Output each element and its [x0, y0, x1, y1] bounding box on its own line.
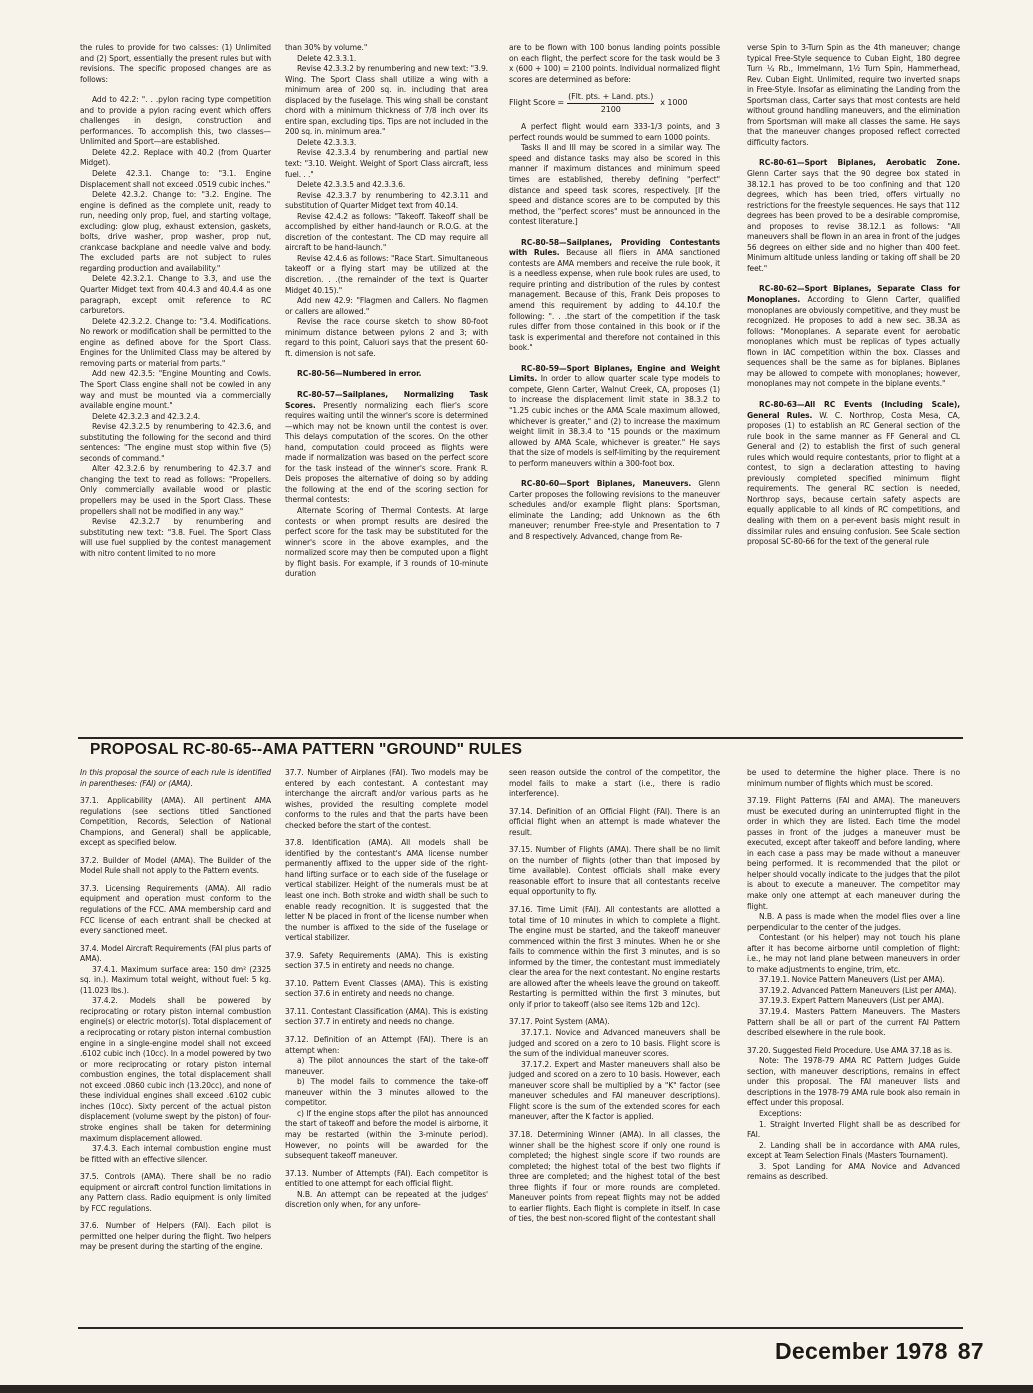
paragraph-text: 3. Spot Landing for AMA Novice and Advan… — [747, 1162, 960, 1182]
paragraph-text: 37.5. Controls (AMA). There shall be no … — [80, 1172, 271, 1213]
proposal-column-4: be used to determine the higher place. T… — [747, 768, 960, 1183]
paragraph: Delete 42.3.3.1. — [285, 54, 488, 65]
top-column-3-body: A perfect flight would earn 333-1/3 poin… — [509, 122, 720, 542]
paragraph-text: 37.18. Determining Winner (AMA). In all … — [509, 1130, 720, 1223]
paragraph: 37.15. Number of Flights (AMA). There sh… — [509, 845, 720, 898]
paragraph-text: According to Glenn Carter, qualified mon… — [747, 295, 960, 388]
top-column-3: are to be flown with 100 bonus landing p… — [509, 43, 720, 543]
paragraph: 37.17.1. Novice and Advanced maneuvers s… — [509, 1028, 720, 1060]
proposal-paragraph: RC-80-61—Sport Biplanes, Aerobatic Zone.… — [747, 158, 960, 274]
paragraph-text: 37.19. Flight Patterns (FAI and AMA). Th… — [747, 796, 960, 910]
paragraph-text: 1. Straight Inverted Flight shall be as … — [747, 1120, 960, 1140]
paragraph-text: 37.17. Point System (AMA). — [509, 1017, 610, 1026]
paragraph-text: Exceptions: — [759, 1109, 802, 1118]
paragraph: Revise 42.3.2.7 by renumbering and subst… — [80, 517, 271, 559]
proposal-headline: PROPOSAL RC-80-65--AMA PATTERN "GROUND" … — [90, 741, 522, 759]
paragraph-text: 37.19.1. Novice Pattern Maneuvers (List … — [759, 975, 945, 984]
paragraph: 37.6. Number of Helpers (FAI). Each pilo… — [80, 1221, 271, 1253]
flight-score-formula: Flight Score = (Flt. pts. + Land. pts.) … — [509, 92, 720, 115]
paragraph: 37.12. Definition of an Attempt (FAI). T… — [285, 1035, 488, 1056]
paragraph-text: 37.20. Suggested Field Procedure. Use AM… — [747, 1046, 952, 1055]
top-column-1: the rules to provide for two calsses: (1… — [80, 43, 271, 559]
paragraph: 37.19. Flight Patterns (FAI and AMA). Th… — [747, 796, 960, 912]
scan-edge — [0, 1385, 1033, 1393]
paragraph-text: 37.2. Builder of Model (AMA). The Builde… — [80, 856, 271, 876]
paragraph-text: Note: The 1978-79 AMA RC Pattern Judges … — [747, 1056, 960, 1107]
paragraph: Delete 42.3.2.2. Change to: "3.4. Modifi… — [80, 317, 271, 370]
proposal-column-2: 37.7. Number of Airplanes (FAI). Two mod… — [285, 768, 488, 1211]
paragraph-text: 37.6. Number of Helpers (FAI). Each pilo… — [80, 1221, 271, 1251]
paragraph: Revise 42.3.2.5 by renumbering to 42.3.6… — [80, 422, 271, 464]
paragraph-text: 37.10. Pattern Event Classes (AMA). This… — [285, 979, 488, 999]
paragraph-text: Delete 42.3.2.3 and 42.3.2.4. — [92, 412, 200, 421]
paragraph-text: 37.19.3. Expert Pattern Maneuvers (List … — [759, 996, 944, 1005]
paragraph-text: 37.1. Applicability (AMA). All pertinent… — [80, 796, 271, 847]
paragraph: Delete 42.3.2.3 and 42.3.2.4. — [80, 412, 271, 423]
paragraph: 37.19.4. Masters Pattern Maneuvers. The … — [747, 1007, 960, 1039]
paragraph: 37.13. Number of Attempts (FAI). Each co… — [285, 1169, 488, 1190]
proposal-column-3: seen reason outside the control of the c… — [509, 768, 720, 1225]
paragraph: In this proposal the source of each rule… — [80, 768, 271, 789]
paragraph: 3. Spot Landing for AMA Novice and Advan… — [747, 1162, 960, 1183]
paragraph: 37.4.2. Models shall be powered by recip… — [80, 996, 271, 1144]
paragraph-text: Add new 42.3.5: "Engine Mounting and Cow… — [80, 369, 271, 410]
paragraph-text: 37.19.2. Advanced Pattern Maneuvers (Lis… — [759, 986, 956, 995]
paragraph: 37.19.1. Novice Pattern Maneuvers (List … — [747, 975, 960, 986]
paragraph-text: Revise 42.4.2 as follows: "Takeoff. Take… — [285, 212, 488, 253]
paragraph-text: 37.7. Number of Airplanes (FAI). Two mod… — [285, 768, 488, 830]
paragraph-text: Presently normalizing each flier's score… — [285, 401, 488, 505]
paragraph: Revise 42.3.3.7 by renumbering to 42.3.1… — [285, 191, 488, 212]
paragraph: be used to determine the higher place. T… — [747, 768, 960, 789]
proposal-paragraph: RC-80-59—Sport Biplanes, Engine and Weig… — [509, 364, 720, 469]
paragraph: 37.3. Licensing Requirements (AMA). All … — [80, 884, 271, 937]
paragraph: Revise 42.3.3.2 by renumbering and new t… — [285, 64, 488, 138]
paragraph: Delete 42.3.3.3. — [285, 138, 488, 149]
paragraph: 37.10. Pattern Event Classes (AMA). This… — [285, 979, 488, 1000]
proposal-paragraph: RC-80-63—All RC Events (Including Scale)… — [747, 400, 960, 548]
paragraph: 37.2. Builder of Model (AMA). The Builde… — [80, 856, 271, 877]
paragraph-text: 37.3. Licensing Requirements (AMA). All … — [80, 884, 271, 935]
paragraph-text: Revise 42.3.3.4 by renumbering and parti… — [285, 148, 488, 178]
paragraph-text: Delete 42.3.2. Change to: "3.2. Engine. … — [80, 190, 271, 273]
paragraph: Add new 42.3.5: "Engine Mounting and Cow… — [80, 369, 271, 411]
paragraph: 37.1. Applicability (AMA). All pertinent… — [80, 796, 271, 849]
paragraph: Add new 42.9: "Flagmen and Callers. No f… — [285, 296, 488, 317]
formula-multiplier: x 1000 — [660, 98, 687, 109]
page-number: 87 — [958, 1338, 984, 1364]
paragraph-text: 37.4.2. Models shall be powered by recip… — [80, 996, 271, 1142]
paragraph-text: In order to allow quarter scale type mod… — [509, 374, 720, 467]
paragraph-text: Tasks II and III may be scored in a simi… — [509, 143, 720, 226]
paragraph-text: W. C. Northrop, Costa Mesa, CA, proposes… — [747, 411, 960, 547]
paragraph-text: the rules to provide for two calsses: (1… — [80, 43, 271, 84]
paragraph: Revise the race course sketch to show 80… — [285, 317, 488, 359]
proposal-title: RC-80-60—Sport Biplanes, Maneuvers. — [521, 479, 691, 488]
paragraph-text: Glenn Carter proposes the following revi… — [509, 479, 720, 541]
top-column-4: verse Spin to 3-Turn Spin as the 4th man… — [747, 43, 960, 548]
paragraph: verse Spin to 3-Turn Spin as the 4th man… — [747, 43, 960, 148]
paragraph-text: Alter 42.3.2.6 by renumbering to 42.3.7 … — [80, 464, 271, 515]
paragraph-text: Revise 42.3.2.5 by renumbering to 42.3.6… — [80, 422, 271, 463]
paragraph: Alternate Scoring of Thermal Contests. A… — [285, 506, 488, 580]
paragraph-text: 37.11. Contestant Classification (AMA). … — [285, 1007, 488, 1027]
paragraph: 2. Landing shall be in accordance with A… — [747, 1141, 960, 1162]
proposal-column-1: In this proposal the source of each rule… — [80, 768, 271, 1253]
formula-fraction: (Flt. pts. + Land. pts.) 2100 — [567, 92, 654, 115]
paragraph-text: 37.17.2. Expert and Master maneuvers sha… — [509, 1060, 720, 1122]
paragraph-text: Revise 42.3.3.2 by renumbering and new t… — [285, 64, 488, 136]
proposal-paragraph: RC-80-60—Sport Biplanes, Maneuvers. Glen… — [509, 479, 720, 542]
paragraph: Delete 42.3.2. Change to: "3.2. Engine. … — [80, 190, 271, 274]
paragraph-text: verse Spin to 3-Turn Spin as the 4th man… — [747, 43, 960, 147]
formula-numerator: (Flt. pts. + Land. pts.) — [567, 92, 654, 104]
paragraph: 37.14. Definition of an Official Flight … — [509, 807, 720, 839]
paragraph-text: 37.17.1. Novice and Advanced maneuvers s… — [509, 1028, 720, 1058]
proposal-paragraph: RC-80-62—Sport Biplanes, Separate Class … — [747, 284, 960, 389]
top-column-3-intro: are to be flown with 100 bonus landing p… — [509, 43, 720, 85]
paragraph-text: In this proposal the source of each rule… — [80, 768, 271, 788]
paragraph-text: Glenn Carter says that the 90 degree box… — [747, 169, 960, 273]
paragraph: N.B. An attempt can be repeated at the j… — [285, 1190, 488, 1211]
paragraph: Add to 42.2: ". . .pylon racing type com… — [80, 95, 271, 148]
paragraph: 37.16. Time Limit (FAI). All contestants… — [509, 905, 720, 1010]
paragraph: the rules to provide for two calsses: (1… — [80, 43, 271, 85]
paragraph-text: 37.8. Identification (AMA). All models s… — [285, 838, 488, 942]
paragraph: Contestant (or his helper) may not touch… — [747, 933, 960, 975]
paragraph-text: Because all fliers in AMA sanctioned con… — [509, 248, 720, 352]
paragraph: Revise 42.4.2 as follows: "Takeoff. Take… — [285, 212, 488, 254]
paragraph-text: 37.4. Model Aircraft Requirements (FAI p… — [80, 944, 271, 964]
paragraph-text: Revise 42.4.6 as follows: "Race Start. S… — [285, 254, 488, 295]
magazine-page: the rules to provide for two calsses: (1… — [0, 0, 1033, 1393]
paragraph-text: Delete 42.3.2.1. Change to 3.3, and use … — [80, 274, 271, 315]
proposal-paragraph: RC-80-58—Sailplanes, Providing Contestan… — [509, 238, 720, 354]
page-footer: December 197887 — [775, 1338, 984, 1365]
paragraph: 37.7. Number of Airplanes (FAI). Two mod… — [285, 768, 488, 831]
paragraph-text: Delete 42.2. Replace with 40.2 (from Qua… — [80, 148, 271, 168]
paragraph-text: 37.13. Number of Attempts (FAI). Each co… — [285, 1169, 488, 1189]
formula-denominator: 2100 — [601, 104, 621, 116]
proposal-paragraph: RC-80-57—Sailplanes, Normalizing Task Sc… — [285, 390, 488, 506]
paragraph-text: Delete 42.3.3.1. — [297, 54, 356, 63]
paragraph: Delete 42.3.1. Change to: "3.1. Engine D… — [80, 169, 271, 190]
paragraph-text: Add to 42.2: ". . .pylon racing type com… — [80, 95, 271, 146]
paragraph: 37.19.3. Expert Pattern Maneuvers (List … — [747, 996, 960, 1007]
paragraph-text: Revise 42.3.3.7 by renumbering to 42.3.1… — [285, 191, 488, 211]
paragraph-text: 37.19.4. Masters Pattern Maneuvers. The … — [747, 1007, 960, 1037]
paragraph: Tasks II and III may be scored in a simi… — [509, 143, 720, 227]
proposal-title: RC-80-56—Numbered in error. — [297, 369, 421, 378]
paragraph: 37.4.3. Each internal combustion engine … — [80, 1144, 271, 1165]
paragraph: 37.4.1. Maximum surface area: 150 dm² (2… — [80, 965, 271, 997]
paragraph: b) The model fails to commence the take-… — [285, 1077, 488, 1109]
paragraph-text: Delete 42.3.3.3. — [297, 138, 356, 147]
paragraph-text: seen reason outside the control of the c… — [509, 768, 720, 798]
paragraph-text: a) The pilot announces the start of the … — [285, 1056, 488, 1076]
paragraph: Revise 42.3.3.4 by renumbering and parti… — [285, 148, 488, 180]
proposal-title: RC-80-61—Sport Biplanes, Aerobatic Zone. — [759, 158, 960, 167]
top-column-2: than 30% by volume."Delete 42.3.3.1.Revi… — [285, 43, 488, 580]
paragraph-text: Contestant (or his helper) may not touch… — [747, 933, 960, 974]
paragraph-text: than 30% by volume." — [285, 43, 367, 52]
paragraph: Delete 42.2. Replace with 40.2 (from Qua… — [80, 148, 271, 169]
paragraph-text: Revise the race course sketch to show 80… — [285, 317, 488, 358]
paragraph-text: be used to determine the higher place. T… — [747, 768, 960, 788]
paragraph: c) If the engine stops after the pilot h… — [285, 1109, 488, 1162]
paragraph-text: 37.14. Definition of an Official Flight … — [509, 807, 720, 837]
paragraph-text: N.B. An attempt can be repeated at the j… — [285, 1190, 488, 1210]
paragraph-text: Delete 42.3.3.5 and 42.3.3.6. — [297, 180, 405, 189]
paragraph-text: 37.16. Time Limit (FAI). All contestants… — [509, 905, 720, 1009]
paragraph-text: Add new 42.9: "Flagmen and Callers. No f… — [285, 296, 488, 316]
paragraph: Note: The 1978-79 AMA RC Pattern Judges … — [747, 1056, 960, 1109]
paragraph: Exceptions: — [747, 1109, 960, 1120]
paragraph-text: A perfect flight would earn 333-1/3 poin… — [509, 122, 720, 142]
paragraph-text: c) If the engine stops after the pilot h… — [285, 1109, 488, 1160]
paragraph: Delete 42.3.3.5 and 42.3.3.6. — [285, 180, 488, 191]
paragraph: 37.20. Suggested Field Procedure. Use AM… — [747, 1046, 960, 1057]
paragraph-text: Alternate Scoring of Thermal Contests. A… — [285, 506, 488, 578]
paragraph: are to be flown with 100 bonus landing p… — [509, 43, 720, 85]
paragraph-text: Delete 42.3.2.2. Change to: "3.4. Modifi… — [80, 317, 271, 368]
paragraph: N.B. A pass is made when the model flies… — [747, 912, 960, 933]
paragraph: 37.5. Controls (AMA). There shall be no … — [80, 1172, 271, 1214]
paragraph: 37.9. Safety Requirements (AMA). This is… — [285, 951, 488, 972]
paragraph: Alter 42.3.2.6 by renumbering to 42.3.7 … — [80, 464, 271, 517]
paragraph-text: 37.15. Number of Flights (AMA). There sh… — [509, 845, 720, 896]
paragraph: Delete 42.3.2.1. Change to 3.3, and use … — [80, 274, 271, 316]
paragraph: 37.11. Contestant Classification (AMA). … — [285, 1007, 488, 1028]
paragraph: 37.18. Determining Winner (AMA). In all … — [509, 1130, 720, 1225]
section-divider — [78, 737, 963, 739]
paragraph-text: are to be flown with 100 bonus landing p… — [509, 43, 720, 84]
footer-divider — [78, 1327, 963, 1329]
paragraph-text: 37.9. Safety Requirements (AMA). This is… — [285, 951, 488, 971]
proposal-paragraph: RC-80-56—Numbered in error. — [285, 369, 488, 380]
paragraph-text: 37.4.3. Each internal combustion engine … — [80, 1144, 271, 1164]
paragraph: A perfect flight would earn 333-1/3 poin… — [509, 122, 720, 143]
paragraph-text: Delete 42.3.1. Change to: "3.1. Engine D… — [80, 169, 271, 189]
paragraph: 37.17. Point System (AMA). — [509, 1017, 720, 1028]
paragraph: Revise 42.4.6 as follows: "Race Start. S… — [285, 254, 488, 296]
paragraph-text: b) The model fails to commence the take-… — [285, 1077, 488, 1107]
issue-date: December 1978 — [775, 1338, 948, 1364]
paragraph: than 30% by volume." — [285, 43, 488, 54]
formula-label: Flight Score = — [509, 98, 564, 109]
paragraph: a) The pilot announces the start of the … — [285, 1056, 488, 1077]
paragraph: 37.17.2. Expert and Master maneuvers sha… — [509, 1060, 720, 1123]
paragraph-text: N.B. A pass is made when the model flies… — [747, 912, 960, 932]
paragraph: 37.19.2. Advanced Pattern Maneuvers (Lis… — [747, 986, 960, 997]
paragraph-text: 37.12. Definition of an Attempt (FAI). T… — [285, 1035, 488, 1055]
paragraph-text: 37.4.1. Maximum surface area: 150 dm² (2… — [80, 965, 271, 995]
paragraph: 1. Straight Inverted Flight shall be as … — [747, 1120, 960, 1141]
paragraph: 37.4. Model Aircraft Requirements (FAI p… — [80, 944, 271, 965]
paragraph-text: Revise 42.3.2.7 by renumbering and subst… — [80, 517, 271, 558]
paragraph: 37.8. Identification (AMA). All models s… — [285, 838, 488, 943]
paragraph-text: 2. Landing shall be in accordance with A… — [747, 1141, 960, 1161]
paragraph: seen reason outside the control of the c… — [509, 768, 720, 800]
